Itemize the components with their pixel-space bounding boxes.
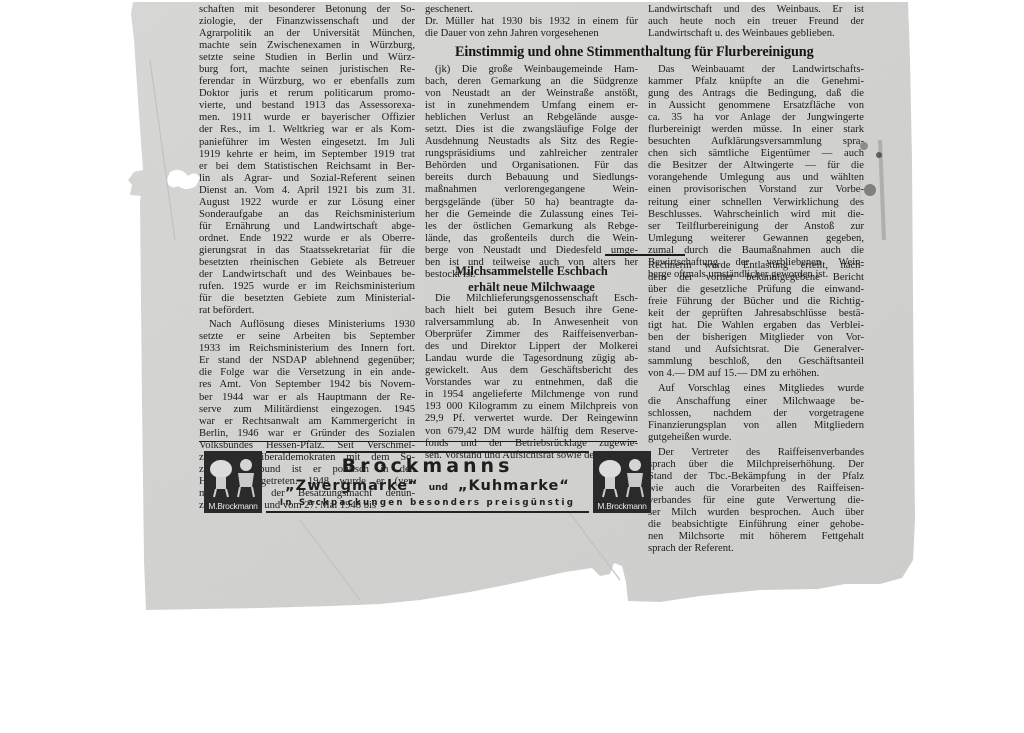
flurbereinigung-paragraph-2: Das Weinbauamt der Landwirtschafts-kamme… <box>648 64 864 281</box>
headline-flurbereinigung: Einstimmig und ohne Stimmenthaltung für … <box>455 44 875 61</box>
text-line: Ausdehnung Neustadts als Sitz des Regie- <box>425 136 638 148</box>
ad-product-kuhmarke: „Kuhmarke“ <box>458 478 570 494</box>
text-line: Stand der Tbc.-Bekämpfung in der Pfalz <box>648 471 864 483</box>
text-line: gutgeheißen wurde. <box>648 432 864 444</box>
text-line: Das Weinbauamt der Landwirtschafts- <box>648 64 864 76</box>
text-line: bereits durch Bebauung und Siedlungs- <box>425 172 638 184</box>
text-line: der Res., im 1. Weltkrieg war er als Kom… <box>199 124 415 136</box>
headline-milchsammelstelle: Milchsammelstelle Eschbach erhält neue M… <box>425 263 638 295</box>
text-line: 1933 im Reichsministerium des Innern for… <box>199 343 415 355</box>
text-line: ber 1944 war er als Hauptmann der Re- <box>199 392 415 404</box>
text-line: in Aussicht genommene Ersatzfläche von <box>648 100 864 112</box>
text-line: rat befördert. <box>199 305 415 317</box>
continued-text-muller: geschenert.Dr. Müller hat 1930 bis 1932 … <box>425 4 638 40</box>
text-line: 193 000 Kilogramm zu einem Milchpreis vo… <box>425 401 638 413</box>
text-line: tigt hat. Die Wahlen ergaben das Verblei… <box>648 320 864 332</box>
text-line: lände, das großenteils durch die Wein- <box>425 233 638 245</box>
text-line: keit der geprüften Jahresabschlüsse best… <box>648 308 864 320</box>
text-line: in 1954 angelieferte Milchmenge von rund <box>425 389 638 401</box>
text-line: her die Gemeinde die Zulassung eines Tei… <box>425 209 638 221</box>
text-line: reitung einer schnellen Verwirklichung d… <box>648 197 864 209</box>
ad-product-zwergmarke: „Zwergmarke“ <box>285 478 418 494</box>
text-line: ordnet. Ende 1922 wurde er als Oberre- <box>199 233 415 245</box>
text-line: gewickelt. Aus dem Geschäftsbericht des <box>425 365 638 377</box>
text-line: sprach über die Milchpreiserhöhung. Der <box>648 459 864 471</box>
text-line: stand und Aufsichtsrat. Die Generalver- <box>648 344 864 356</box>
text-line: einen provisorischen Vorstand zur Vorbe- <box>648 184 864 196</box>
logo-text: M.Brockmann <box>204 501 262 511</box>
column-2-top: geschenert.Dr. Müller hat 1930 bis 1932 … <box>425 4 638 40</box>
text-line: geschenert. <box>425 4 638 16</box>
milchsammelstelle-paragraph-3: Auf Vorschlag eines Mitgliedes wurdedie … <box>648 383 864 443</box>
text-line: Landwirtschaft und des Weinbaus. Er ist <box>648 4 864 16</box>
flurbereinigung-column-b: Das Weinbauamt der Landwirtschafts-kamme… <box>648 64 864 281</box>
text-line: ser Milch wurden besprochen. Auch über <box>648 507 864 519</box>
text-line: Doktor juris et rerum politicarum promo- <box>199 88 415 100</box>
text-line: verbandes für eine gute Verwertung die- <box>648 495 864 507</box>
text-line: wie auch die Vorarbeiten des Raiffeisen- <box>648 483 864 495</box>
text-line: machte sein Zwischenexamen in Würzburg, <box>199 40 415 52</box>
text-line: über die gesetzliche Prüfung die einwand… <box>648 284 864 296</box>
ad-brand: Brockmanns <box>266 455 589 477</box>
milchsammelstelle-paragraph-2: Rechnerin wurde Entlastung erteilt, nach… <box>648 260 864 380</box>
text-line: die beabsichtigte Einführung einer gehob… <box>648 519 864 531</box>
text-line: panieführer im Westen eingesetzt. Im Jul… <box>199 137 415 149</box>
text-line: von 4.— DM auf 15.— DM zu erhöhen. <box>648 368 864 380</box>
text-line: 29,9 Pf. verwertet wurde. Der Reingewinn <box>425 413 638 425</box>
text-line: dem der vorher bekanntgegebene Bericht <box>648 272 864 284</box>
text-line: flurbereinigt werden müsse. In einer sta… <box>648 124 864 136</box>
text-line: les der östlichen Gemarkung als Rebge- <box>425 221 638 233</box>
text-line: kammer Pfalz knüpfte an die Genehmi- <box>648 76 864 88</box>
text-line: ca. 35 ha vor Anlage der Jungwingerte <box>648 112 864 124</box>
text-line: Nach Auflösung dieses Ministeriums 1930 <box>199 319 415 331</box>
text-line: Auf Vorschlag eines Mitgliedes wurde <box>648 383 864 395</box>
text-line: sprach der Referent. <box>648 543 864 555</box>
text-line: res Amt. Von September 1942 bis Novem- <box>199 379 415 391</box>
text-line: Landau wurde die Tagesordnung zügig ab- <box>425 353 638 365</box>
text-line: setzte er seine Arbeiten bis September <box>199 331 415 343</box>
text-line: für die besetzten Gebiete zum Ministeria… <box>199 293 415 305</box>
text-line: die Anschaffung einer Milchwaage be- <box>648 396 864 408</box>
text-line: bach, deren Gemarkung an die Südgrenze <box>425 76 638 88</box>
text-line: die Dauer von zehn Jahren vorgesehenen <box>425 28 638 40</box>
text-line: besuchten Aufklärungsversammlung spra- <box>648 136 864 148</box>
text-line: Sonderaufgabe an das Reichsministerium <box>199 209 415 221</box>
text-line: von 679,42 DM wurde hälftig dem Reserve- <box>425 426 638 438</box>
brockmann-advertisement: M.Brockmann Brockmanns „Zwergmarke“ und … <box>204 451 651 513</box>
text-line: rungspräsidiums und zahlreicher zentrale… <box>425 148 638 160</box>
dwarf-and-cow-mascot-icon <box>593 451 651 501</box>
text-line: er bei dem Statistischen Reichsamt in Be… <box>199 161 415 173</box>
text-line: sammlung beschloß, den Geschäftsanteil <box>648 356 864 368</box>
flurbereinigung-column-a: (jk) Die große Weinbaugemeinde Ham-bach,… <box>425 64 638 281</box>
biography-paragraph-1: schaften mit besonderer Betonung der So-… <box>199 4 415 317</box>
text-line: war er Rechtsanwalt am Kammergericht in <box>199 416 415 428</box>
text-line: ser Teilflurbereinigung der Anstoß zur <box>648 221 864 233</box>
text-line: lin als Agrar- und Sozial-Referent seine… <box>199 173 415 185</box>
article-page: schaften mit besonderer Betonung der So-… <box>0 0 1024 733</box>
text-line: Berlin, 1946 war er Gründer des Sozialen <box>199 428 415 440</box>
text-line: Vorstandes war zu entnehmen, daß die <box>425 377 638 389</box>
text-line: Landwirtschaft u. des Weinbaues gebliebe… <box>648 28 864 40</box>
text-line: setzte seine Studien in Berlin und Würz- <box>199 52 415 64</box>
text-line: ist in zunehmendem Umfang einem er- <box>425 100 638 112</box>
text-line: ralversammlung ab. In Anwesenheit von <box>425 317 638 329</box>
text-line: für Ernährung und Landwirtschaft abge- <box>199 221 415 233</box>
text-line: (jk) Die große Weinbaugemeinde Ham- <box>425 64 638 76</box>
brockmann-logo-right: M.Brockmann <box>593 451 651 513</box>
text-line: Der Vertreter des Raiffeisenverbandes <box>648 447 864 459</box>
column-3-top: Landwirtschaft und des Weinbaus. Er ista… <box>648 4 864 40</box>
text-line: Umlegung weiterer Gewannen gegeben, <box>648 233 864 245</box>
text-line: Er stand der NSDAP ablehnend gegenüber; <box>199 355 415 367</box>
text-line: fonds und der Betriebsrücklage zugewie- <box>425 438 638 450</box>
ad-products: „Zwergmarke“ und „Kuhmarke“ <box>266 477 589 497</box>
text-line: die Besitzer der Altwingerte — für die <box>648 160 864 172</box>
text-line: ziologie, der Finanzwissenschaft und der <box>199 16 415 28</box>
text-line: bach hielt bei gutem Besuch ihre Gene- <box>425 305 638 317</box>
text-line: gung des Antrags die Bedingung, daß die <box>648 88 864 100</box>
text-line: rufen. 1925 wurde er im Reichsministeriu… <box>199 281 415 293</box>
text-line: chen sich sämtliche Eigentümer — auch <box>648 148 864 160</box>
text-line: Rechnerin wurde Entlastung erteilt, nach… <box>648 260 864 272</box>
text-line: Behörden und Organisationen. Für das <box>425 160 638 172</box>
ad-top-rule <box>199 441 637 442</box>
text-line: heblichen Verlust an Rebgelände ausge- <box>425 112 638 124</box>
text-line: serve zum Militärdienst eingezogen. 1945 <box>199 404 415 416</box>
text-line: setzt. Dies ist die zwangsläufige Folge … <box>425 124 638 136</box>
text-line: die Folge war die Versetzung in ein ande… <box>199 367 415 379</box>
text-line: Dr. Müller hat 1930 bis 1932 in einem fü… <box>425 16 638 28</box>
text-line: vorangehende Umlegung aus und wählten <box>648 172 864 184</box>
text-line: Beschlusses. Wahrscheinlich wird mit die… <box>648 209 864 221</box>
continued-text-weinbau: Landwirtschaft und des Weinbaus. Er ista… <box>648 4 864 40</box>
text-line: der Landwirtschaft und des Weinbaues be- <box>199 269 415 281</box>
text-line: maßnahmen verlorengegangene Wein- <box>425 184 638 196</box>
text-line: gierungsrat in das Staatssekretariat für… <box>199 245 415 257</box>
milchsammelstelle-column-b: Rechnerin wurde Entlastung erteilt, nach… <box>648 260 864 555</box>
text-line: bergsgelände (über 50 ha) beantragte da- <box>425 197 638 209</box>
text-line: August 1922 wurde er zur Lösung einer <box>199 197 415 209</box>
section-divider-rule <box>605 254 685 256</box>
dwarf-and-cow-mascot-icon <box>204 451 262 501</box>
text-line: nen Milchsorte mit höherem Fettgehalt <box>648 531 864 543</box>
milchsammelstelle-paragraph-1: Die Milchlieferungsgenossenschaft Esch-b… <box>425 293 638 462</box>
milchsammelstelle-paragraph-4: Der Vertreter des Raiffeisenverbandesspr… <box>648 447 864 555</box>
text-line: schlossen, nachdem der vorgetragene <box>648 408 864 420</box>
text-line: Agrarpolitik an der Universität München, <box>199 28 415 40</box>
text-line: ben der bisherigen Mitglieder von Vor- <box>648 332 864 344</box>
text-line: Finanzierungsplan von allen Mitgliedern <box>648 420 864 432</box>
flurbereinigung-paragraph-1: (jk) Die große Weinbaugemeinde Ham-bach,… <box>425 64 638 281</box>
text-line: auch heute noch ein treuer Freund der <box>648 16 864 28</box>
text-line: Die Milchlieferungsgenossenschaft Esch- <box>425 293 638 305</box>
text-line: burg fort, machte seinen juristischen Re… <box>199 64 415 76</box>
text-line: des und Direktor Lippert der Molkerei <box>425 341 638 353</box>
column-biography: schaften mit besonderer Betonung der So-… <box>199 4 415 512</box>
ad-copy: Brockmanns „Zwergmarke“ und „Kuhmarke“ I… <box>266 451 589 513</box>
brockmann-logo-left: M.Brockmann <box>204 451 262 513</box>
text-line: vierte, und bestand 1913 das Assessorexa… <box>199 100 415 112</box>
text-line: Oberprüfer Zimmer des Raiffeisenverban- <box>425 329 638 341</box>
ad-tagline: In Sackpackungen besonders preisgünstig <box>266 497 589 510</box>
text-line: von Neustadt an der Weinstraße anstößt, <box>425 88 638 100</box>
text-line: schaften mit besonderer Betonung der So- <box>199 4 415 16</box>
text-line: freie Führung der Bücher und die Richtig… <box>648 296 864 308</box>
text-line: men. 1911 wurde er bayerischer Offizier <box>199 112 415 124</box>
ad-connector: und <box>429 483 448 493</box>
text-line: 1919 kehrte er heim, im September 1919 t… <box>199 149 415 161</box>
text-line: ferendar in Würzburg, wo er ebenfalls zu… <box>199 76 415 88</box>
text-line: Dienst an. Vom 4. April 1921 bis zum 31. <box>199 185 415 197</box>
headline-line-1: Milchsammelstelle Eschbach <box>425 263 638 279</box>
text-line: besetzten rheinischen Gebiete als Betreu… <box>199 257 415 269</box>
logo-text: M.Brockmann <box>593 501 651 511</box>
milchsammelstelle-column-a: Die Milchlieferungsgenossenschaft Esch-b… <box>425 293 638 462</box>
